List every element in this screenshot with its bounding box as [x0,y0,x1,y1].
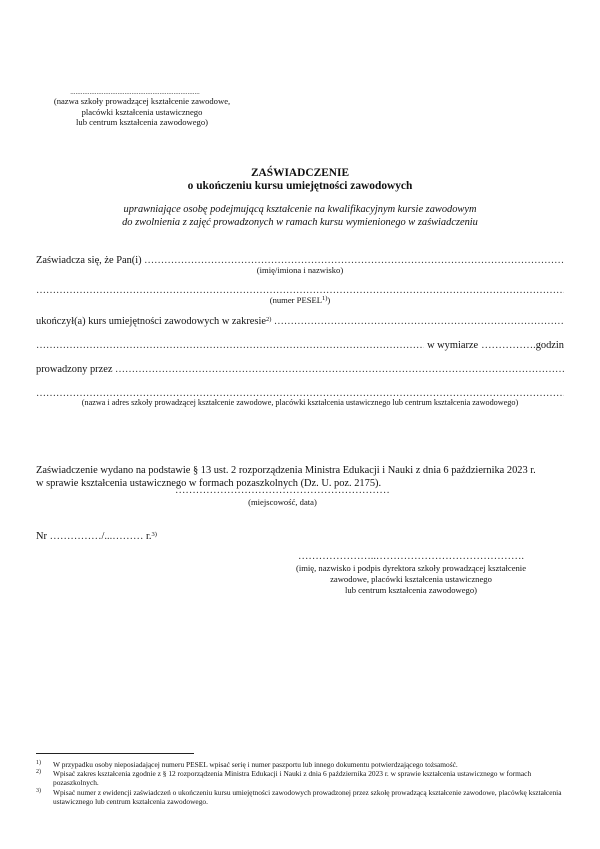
subtitle-line: do zwolnienia z zajęć prowadzonych w ram… [0,216,600,229]
place-date-block: ………………………………………………………. (miejscowość, dat… [175,484,390,508]
pesel-caption: (numer PESEL1)) [36,295,564,306]
footnote-text: W przypadku osoby nieposiadającej numeru… [53,760,564,769]
document-title: ZAŚWIADCZENIE o ukończeniu kursu umiejęt… [0,167,600,193]
name-caption: (imię/imiona i nazwisko) [36,265,564,276]
hours-label: w wymiarze [427,339,478,352]
institution-caption: (nazwa i adres szkoły prowadzącej kształ… [36,397,564,408]
title-main: ZAŚWIADCZENIE [0,167,600,180]
signature-caption-line: lub centrum kształcenia zawodowego) [290,585,532,596]
scope-field-continued[interactable]: …………………………………………………………………………………………………………… [36,339,424,352]
school-caption-line: placówki kształcenia ustawicznego [34,107,250,118]
footnote-3: 3) Wpisać numer z ewidencji zaświadczeń … [36,788,564,806]
signature-caption: (imię, nazwisko i podpis dyrektora szkoł… [290,563,532,596]
footnote-number: 3) [36,787,53,805]
signature-caption-line: zawodowe, placówki kształcenia ustawiczn… [290,574,532,585]
document-subtitle: uprawniające osobę podejmującą kształcen… [0,203,600,229]
pesel-caption-text: (numer PESEL [270,295,322,305]
conducted-label: prowadzony przez [36,363,112,376]
footnote-ref-2: 2) [266,316,271,323]
place-date-caption: (miejscowość, data) [175,497,390,508]
hours-row: …………………………………………………………………………………………………………… [36,339,564,352]
scope-label: ukończył(a) kurs umiejętności zawodowych… [36,315,271,328]
certificate-number: Nr ……………/...……… r.3) [36,530,157,543]
hours-field[interactable]: ……………. [481,339,536,352]
footnote-number: 2) [36,768,53,786]
place-date-field[interactable]: ………………………………………………………. [175,484,390,497]
number-label: Nr [36,531,47,542]
scope-row: ukończył(a) kurs umiejętności zawodowych… [36,315,564,328]
school-name-field[interactable]: ........................................… [20,88,250,96]
school-caption-line: (nazwa szkoły prowadzącej kształcenie za… [34,96,250,107]
signature-block: …………………..……………………………………. (imię, nazwisko… [290,550,532,596]
footnote-text: Wpisać zakres kształcenia zgodnie z § 12… [53,769,564,787]
school-caption-line: lub centrum kształcenia zawodowego) [34,117,250,128]
scope-field[interactable]: …………………………………………………………………………………………………………… [271,315,564,328]
footnotes: 1) W przypadku osoby nieposiadającej num… [36,760,564,806]
footnote-ref-1: 1) [322,295,327,302]
footnote-ref-3: 3) [151,531,156,538]
conducted-field[interactable]: …………………………………………………………………………………………………………… [112,363,564,376]
subtitle-line: uprawniające osobę podejmującą kształcen… [0,203,600,216]
signature-field[interactable]: …………………..……………………………………. [290,550,532,563]
number-year-field[interactable]: ...……… [104,531,143,542]
footnote-number: 1) [36,759,53,768]
conducted-row: prowadzony przez ……………………………………………………………… [36,363,564,376]
school-header: ........................................… [20,88,250,128]
footnote-1: 1) W przypadku osoby nieposiadającej num… [36,760,564,769]
footnote-separator [36,753,194,754]
title-sub: o ukończeniu kursu umiejętności zawodowy… [0,180,600,193]
number-field[interactable]: …………… [50,531,102,542]
footnote-text: Wpisać numer z ewidencji zaświadczeń o u… [53,788,564,806]
legal-basis-line: Zaświadczenie wydano na podstawie § 13 u… [36,464,564,477]
hours-unit: godzin [536,339,564,352]
signature-caption-line: (imię, nazwisko i podpis dyrektora szkoł… [290,563,532,574]
school-caption: (nazwa szkoły prowadzącej kształcenie za… [34,96,250,128]
footnote-2: 2) Wpisać zakres kształcenia zgodnie z §… [36,769,564,787]
